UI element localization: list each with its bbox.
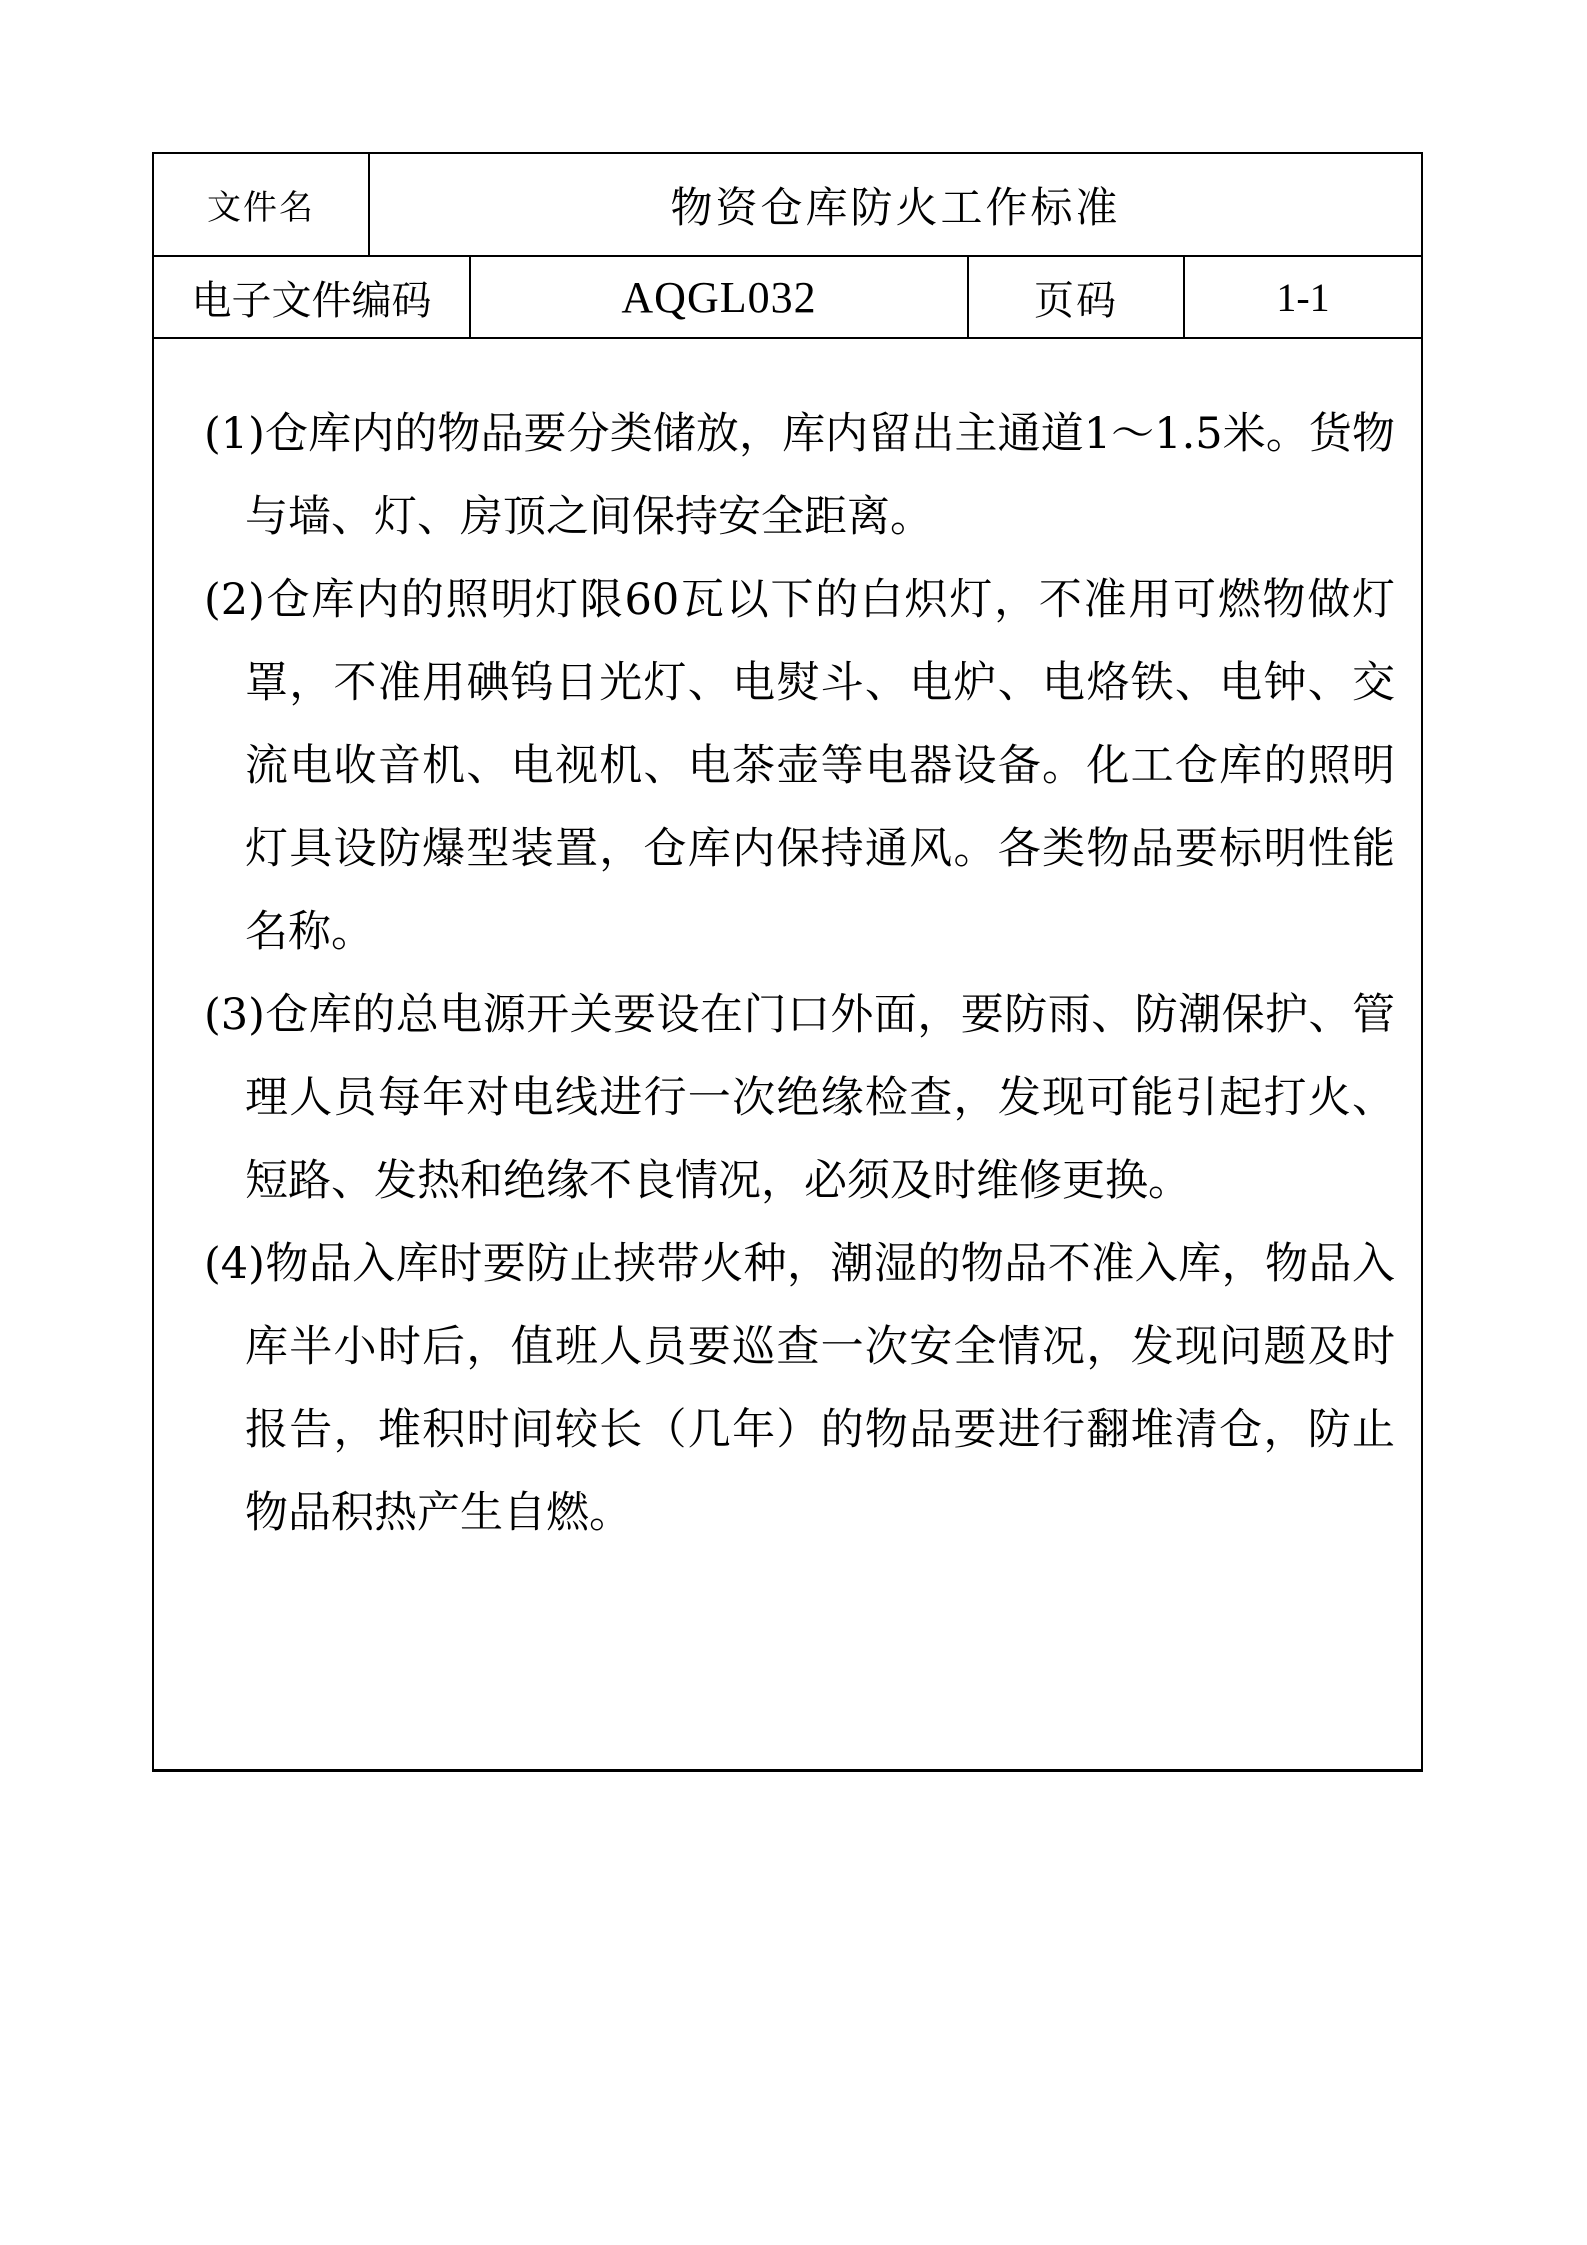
page-number-label: 页码 (969, 257, 1185, 337)
header-row-1: 文件名 物资仓库防火工作标准 (154, 154, 1421, 257)
electronic-file-code-label: 电子文件编码 (154, 257, 471, 337)
paragraph-2: (2)仓库内的照明灯限60瓦以下的白炽灯，不准用可燃物做灯罩，不准用碘钨日光灯、… (204, 559, 1395, 974)
header-row-2: 电子文件编码 AQGL032 页码 1-1 (154, 257, 1421, 339)
document-page: { "page": { "background_color": "#ffffff… (0, 0, 1587, 2245)
paragraph-3: (3)仓库的总电源开关要设在门口外面，要防雨、防潮保护、管理人员每年对电线进行一… (204, 974, 1395, 1223)
file-name-label: 文件名 (154, 154, 370, 255)
page-number-value: 1-1 (1185, 257, 1421, 337)
paragraph-1: (1)仓库内的物品要分类储放，库内留出主通道1～1.5米。货物与墙、灯、房顶之间… (204, 393, 1395, 559)
electronic-file-code-value: AQGL032 (471, 257, 969, 337)
document-title: 物资仓库防火工作标准 (370, 154, 1421, 255)
paragraph-4: (4)物品入库时要防止挟带火种，潮湿的物品不准入库，物品入库半小时后，值班人员要… (204, 1223, 1395, 1555)
document-body: (1)仓库内的物品要分类储放，库内留出主通道1～1.5米。货物与墙、灯、房顶之间… (154, 339, 1421, 1555)
document-table: 文件名 物资仓库防火工作标准 电子文件编码 AQGL032 页码 1-1 (1)… (152, 152, 1423, 1772)
